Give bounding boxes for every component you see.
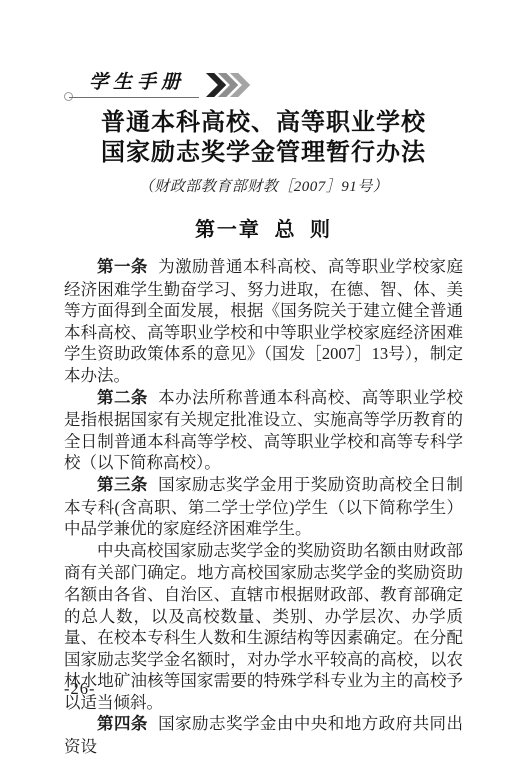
article-1-label: 第一条 [97, 258, 148, 276]
article-3-label: 第三条 [97, 476, 148, 494]
page-content: 学生手册 普通本科高校、高等职业学校 国家励志奖学金管理暂行办法 （财政部教育部… [64, 68, 463, 758]
article-2-label: 第二条 [97, 389, 148, 407]
article-body: 第一条为激励普通本科高校、高等职业学校家庭经济困难学生勤奋学习、努力进取，在德、… [64, 256, 463, 758]
brand-underline: 学生手册 [69, 67, 199, 98]
triple-chevron-icon [205, 73, 253, 97]
article-1: 第一条为激励普通本科高校、高等职业学校家庭经济困难学生勤奋学习、努力进取，在德、… [64, 256, 463, 387]
article-3: 第三条国家励志奖学金用于奖励资助高校全日制本专科(含高职、第二学士学位)学生（以… [64, 474, 463, 540]
handbook-brand-title: 学生手册 [89, 72, 185, 93]
article-1-text: 为激励普通本科高校、高等职业学校家庭经济困难学生勤奋学习、努力进取，在德、智、体… [64, 257, 463, 385]
page-number: -26- [64, 679, 96, 699]
article-3-continuation: 中央高校国家励志奖学金的奖励资助名额由财政部商有关部门确定。地方高校国家励志奖学… [64, 540, 463, 714]
document-title-line1: 普通本科高校、高等职业学校 [101, 109, 426, 136]
article-4: 第四条国家励志奖学金由中央和地方政府共同出资设 [64, 713, 463, 757]
running-header: 学生手册 [64, 68, 463, 98]
handbook-page: 学生手册 普通本科高校、高等职业学校 国家励志奖学金管理暂行办法 （财政部教育部… [0, 0, 525, 768]
article-3-continuation-text: 中央高校国家励志奖学金的奖励资助名额由财政部商有关部门确定。地方高校国家励志奖学… [64, 541, 463, 712]
document-title: 普通本科高校、高等职业学校 国家励志奖学金管理暂行办法 [64, 108, 463, 168]
document-number: （财政部教育部财教［2007］91号） [64, 175, 463, 196]
document-title-line2: 国家励志奖学金管理暂行办法 [101, 139, 426, 166]
chapter-heading: 第一章 总 则 [64, 213, 463, 242]
article-4-label: 第四条 [97, 715, 148, 733]
article-2: 第二条本办法所称普通本科高校、高等职业学校是指根据国家有关规定批准设立、实施高等… [64, 387, 463, 474]
